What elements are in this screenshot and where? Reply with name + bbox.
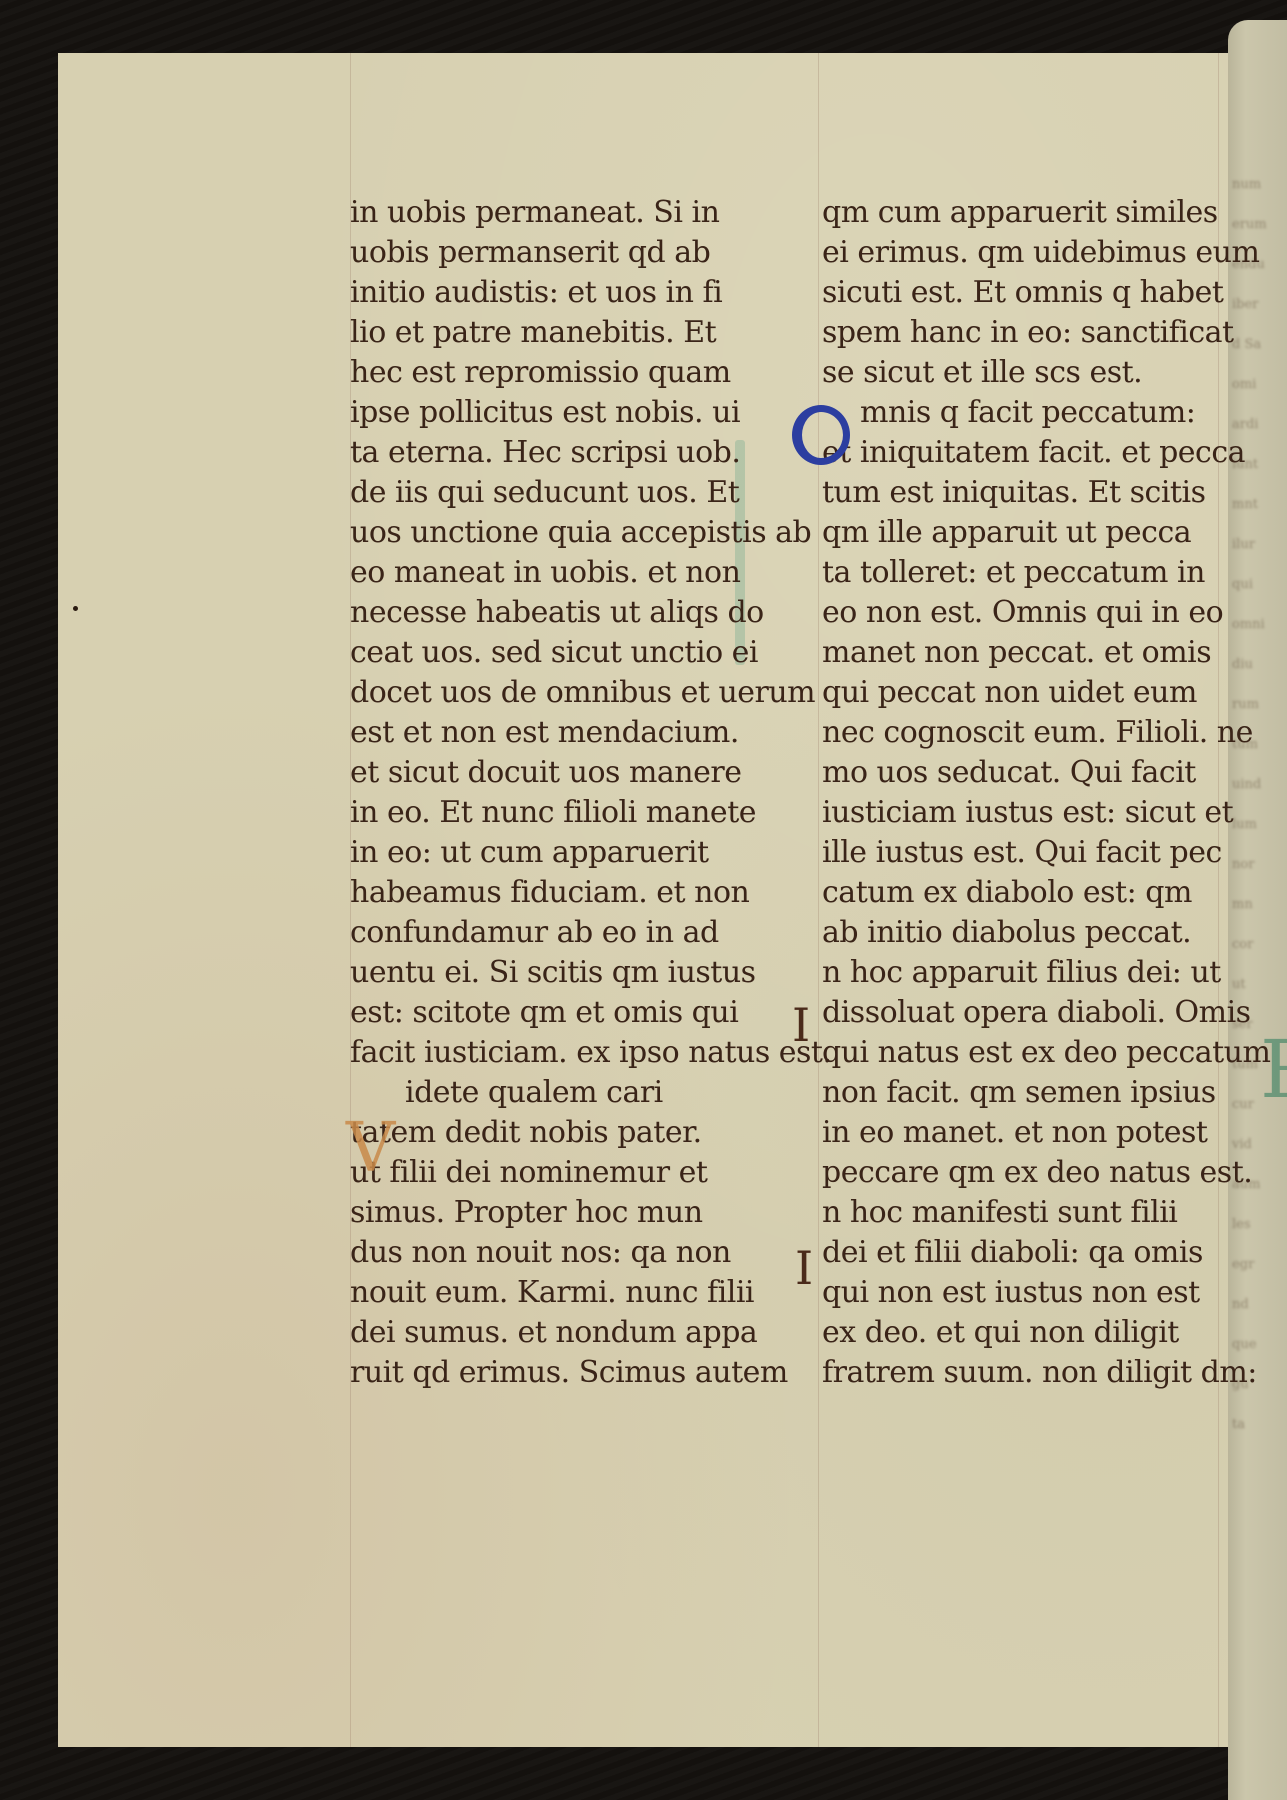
text-line: est: scitote qm et omis qui (350, 993, 780, 1033)
facing-text-line: diu (1232, 645, 1284, 685)
text-line: ut filii dei nominemur et (350, 1153, 780, 1193)
facing-text-line: mnt (1232, 485, 1284, 525)
text-line: docet uos de omnibus et uerum (350, 673, 780, 713)
text-line: mnis q facit peccatum: (822, 393, 1222, 433)
initial-I-in-hoc-manifesti: I (795, 1245, 813, 1291)
orange-initial-V: V (346, 1115, 395, 1183)
text-line: iusticiam iustus est: sicut et (822, 793, 1222, 833)
initial-I-in-hoc-apparuit: I (792, 1002, 810, 1048)
text-line: confundamur ab eo in ad (350, 913, 780, 953)
text-line: et iniquitatem facit. et pecca (822, 433, 1222, 473)
text-line: qui non est iustus non est (822, 1273, 1222, 1313)
right-column: qm cum apparuerit similesei erimus. qm u… (822, 193, 1222, 1393)
text-line: uos unctione quia accepistis ab (350, 513, 780, 553)
text-line: ab initio diabolus peccat. (822, 913, 1222, 953)
text-line: sicuti est. Et omnis q habet (822, 273, 1222, 313)
facing-text-line: uind (1232, 765, 1284, 805)
text-line: in eo. Et nunc filioli manete (350, 793, 780, 833)
text-line: n hoc apparuit filius dei: ut (822, 953, 1222, 993)
text-line: idete qualem cari (350, 1073, 780, 1113)
text-line: ei erimus. qm uidebimus eum (822, 233, 1222, 273)
text-line: habeamus fiduciam. et non (350, 873, 780, 913)
text-line: peccare qm ex deo natus est. (822, 1153, 1222, 1193)
text-line: de iis qui seducunt uos. Et (350, 473, 780, 513)
text-line: ruit qd erimus. Scimus autem (350, 1353, 780, 1393)
facing-text-line: d Sa (1232, 325, 1284, 365)
facing-text-line: mn (1232, 885, 1284, 925)
text-line: ta tolleret: et peccatum in (822, 553, 1222, 593)
text-line: qui natus est ex deo peccatum (822, 1033, 1222, 1073)
text-line: ipse pollicitus est nobis. ui (350, 393, 780, 433)
text-line: mo uos seducat. Qui facit (822, 753, 1222, 793)
text-line: nouit eum. Karmi. nunc filii (350, 1273, 780, 1313)
text-line: facit iusticiam. ex ipso natus est. (350, 1033, 780, 1073)
text-line: eo non est. Omnis qui in eo (822, 593, 1222, 633)
text-line: ceat uos. sed sicut unctio ei (350, 633, 780, 673)
facing-text-line: les (1232, 1205, 1284, 1245)
text-line: fratrem suum. non diligit dm: (822, 1353, 1222, 1393)
facing-text-line: iber (1232, 285, 1284, 325)
ruling-line-center (818, 53, 819, 1747)
text-line: n hoc manifesti sunt filii (822, 1193, 1222, 1233)
text-line: dissoluat opera diaboli. Omis (822, 993, 1222, 1033)
facing-text-line: lum (1232, 805, 1284, 845)
text-line: eo maneat in uobis. et non (350, 553, 780, 593)
text-line: est et non est mendacium. (350, 713, 780, 753)
facing-text-line: cor (1232, 925, 1284, 965)
text-line: dus non nouit nos: qa non (350, 1233, 780, 1273)
text-line: qm ille apparuit ut pecca (822, 513, 1222, 553)
text-line: ille iustus est. Qui facit pec (822, 833, 1222, 873)
facing-text-line: num (1232, 165, 1284, 205)
facing-page-edge: numerumenduiberd Saomiardiiuntmntilurqui… (1228, 20, 1287, 1800)
text-line: in uobis permaneat. Si in (350, 193, 780, 233)
text-line: in eo: ut cum apparuerit (350, 833, 780, 873)
prick-mark (73, 606, 78, 611)
facing-page-text: numerumenduiberd Saomiardiiuntmntilurqui… (1232, 165, 1284, 1445)
left-column: in uobis permaneat. Si inuobis permanser… (350, 193, 780, 1393)
text-line: uentu ei. Si scitis qm iustus (350, 953, 780, 993)
text-line: catum ex diabolo est: qm (822, 873, 1222, 913)
text-line: ex deo. et qui non diligit (822, 1313, 1222, 1353)
facing-text-line: ilur (1232, 525, 1284, 565)
text-line: hec est repromissio quam (350, 353, 780, 393)
text-line: qm cum apparuerit similes (822, 193, 1222, 233)
text-line: et sicut docuit uos manere (350, 753, 780, 793)
facing-text-line: nd (1232, 1285, 1284, 1325)
facing-text-line: egr (1232, 1245, 1284, 1285)
text-line: uobis permanserit qd ab (350, 233, 780, 273)
text-line: in eo manet. et non potest (822, 1113, 1222, 1153)
facing-text-line: omi (1232, 365, 1284, 405)
text-line: qui peccat non uidet eum (822, 673, 1222, 713)
text-line: tatem dedit nobis pater. (350, 1113, 780, 1153)
text-line: non facit. qm semen ipsius (822, 1073, 1222, 1113)
text-line: tum est iniquitas. Et scitis (822, 473, 1222, 513)
text-line: se sicut et ille scs est. (822, 353, 1222, 393)
text-line: initio audistis: et uos in fi (350, 273, 780, 313)
facing-text-line: qui (1232, 565, 1284, 605)
text-line: dei et filii diaboli: qa omis (822, 1233, 1222, 1273)
text-line: spem hanc in eo: sanctificat (822, 313, 1222, 353)
text-line: nec cognoscit eum. Filioli. ne (822, 713, 1222, 753)
text-line: manet non peccat. et omis (822, 633, 1222, 673)
blue-initial-O (792, 405, 850, 465)
text-line: simus. Propter hoc mun (350, 1193, 780, 1233)
text-line: lio et patre manebitis. Et (350, 313, 780, 353)
text-line: ta eterna. Hec scripsi uob. (350, 433, 780, 473)
facing-text-line: nor (1232, 845, 1284, 885)
facing-text-line: omni (1232, 605, 1284, 645)
text-line: necesse habeatis ut aliqs do (350, 593, 780, 633)
text-line: dei sumus. et nondum appa (350, 1313, 780, 1353)
facing-text-line: ta (1232, 1405, 1284, 1445)
